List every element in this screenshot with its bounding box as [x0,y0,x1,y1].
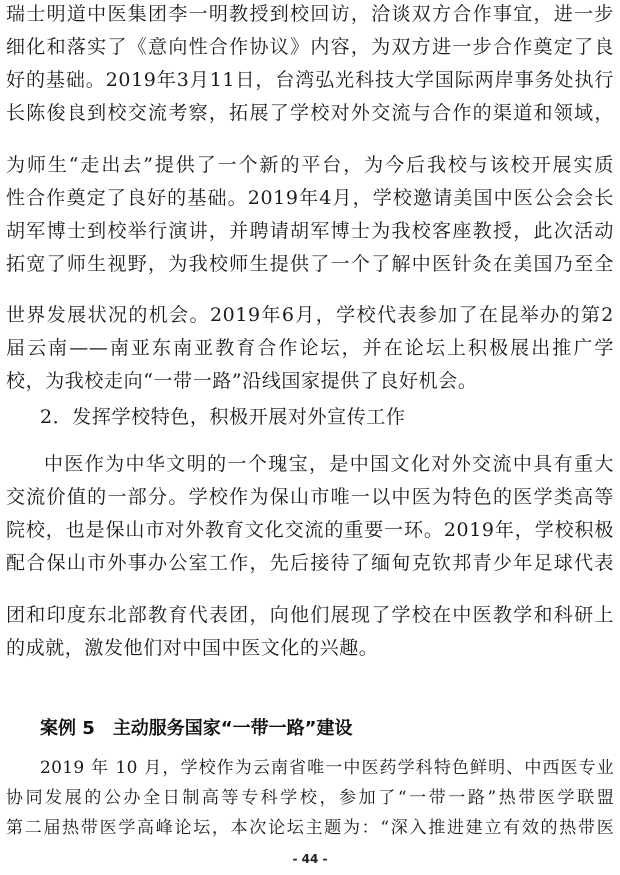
text-line: 瑞士明道中医集团李一明教授到校回访，洽谈双方合作事宜，进一步 [6,2,614,26]
text-line: 性合作奠定了良好的基础。2019年4月，学校邀请美国中医公会会长 [6,186,614,210]
text-line: 第二届热带医学高峰论坛，本次论坛主题为：“深入推进建立有效的热带医 [6,817,614,839]
text-line: 好的基础。2019年3月11日，台湾弘光科技大学国际两岸事务处执行 [6,68,614,92]
text-line: 校，为我校走向“一带一路”沿线国家提供了良好机会。 [6,369,614,393]
text-line: 拓宽了师生视野，为我校师生提供了一个了解中医针灸在美国乃至全 [6,252,614,276]
text-line: 长陈俊良到校交流考察，拓展了学校对外交流与合作的渠道和领域， [6,101,614,125]
text-line: 院校，也是保山市对外教育文化交流的重要一环。2019年，学校积极 [6,518,614,542]
text-line: 团和印度东北部教育代表团，向他们展现了学校在中医教学和科研上 [6,603,614,627]
text-line: 中医作为中华文明的一个瑰宝，是中国文化对外交流中具有重大 [44,452,614,476]
text-line: 世界发展状况的机会。2019年6月，学校代表参加了在昆举办的第2 [6,303,614,327]
text-line: 届云南——南亚东南亚教育合作论坛，并在论坛上积极展出推广学 [6,336,614,360]
text-line: 的成就，激发他们对中国中医文化的兴趣。 [6,636,614,660]
text-line: 胡军博士到校举行演讲，并聘请胡军博士为我校客座教授，此次活动 [6,219,614,243]
case-heading: 案例 5 主动服务国家“一带一路”建设 [40,717,352,741]
text-line: 交流价值的一部分。学校作为保山市唯一以中医为特色的医学类高等 [6,485,614,509]
text-line: 2019 年 10 月，学校作为云南省唯一中医药学科特色鲜明、中西医专业 [40,757,614,779]
text-line: 协同发展的公办全日制高等专科学校，参加了“一带一路”热带医学联盟 [6,787,614,809]
page-number: - 44 - [0,852,620,866]
text-line: 配合保山市外事办公室工作，先后接待了缅甸克钦邦青少年足球代表 [6,551,614,575]
text-line: 为师生“走出去”提供了一个新的平台，为今后我校与该校开展实质 [6,153,614,177]
section-subtitle: 2．发挥学校特色，积极开展对外宣传工作 [40,405,406,429]
text-line: 细化和落实了《意向性合作协议》内容，为双方进一步合作奠定了良 [6,35,614,59]
